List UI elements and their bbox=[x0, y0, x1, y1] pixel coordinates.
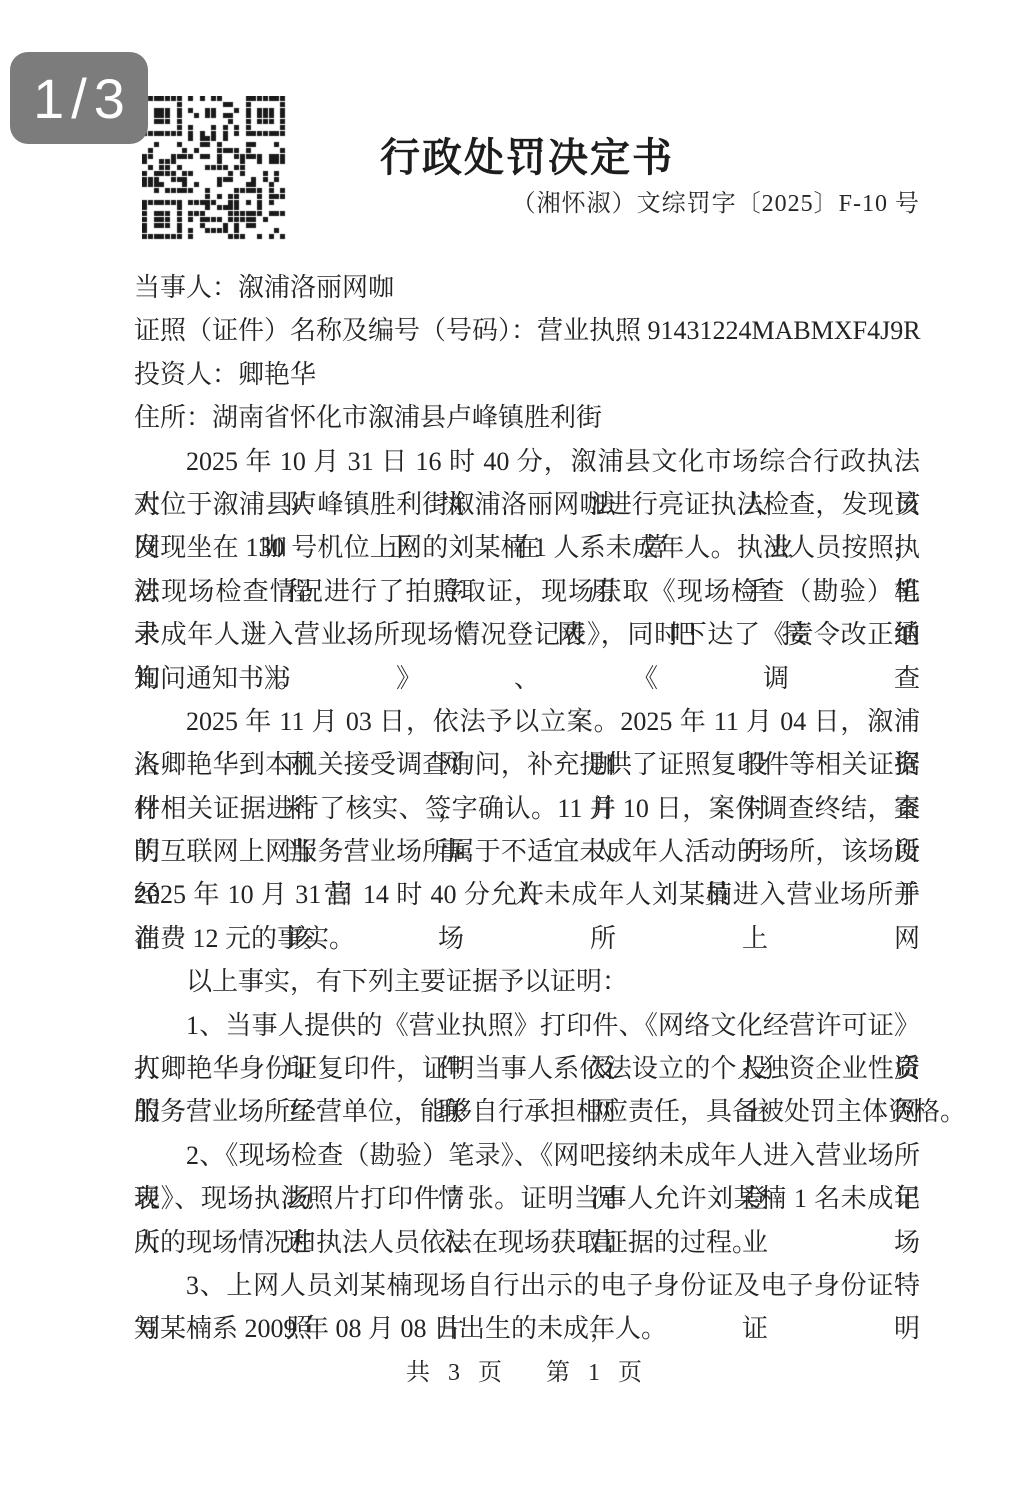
text-line: 对现场检查情况进行了拍照取证，现场获取《现场检查（勘验）笔录》、《网吧接纳 bbox=[134, 570, 920, 613]
text-line: 当事人：溆浦洛丽网咖 bbox=[134, 266, 920, 309]
text-line: 1、当事人提供的《营业执照》打印件、《网络文化经营许可证》打印件及投资 bbox=[134, 1004, 920, 1047]
text-line: 2025 年 10 月 31 日 16 时 40 分，溆浦县文化市场综合行政执法… bbox=[134, 440, 920, 483]
text-line: 2、《现场检查（勘验）笔录》、《网吧接纳未成年人进入营业场所现场情况登记 bbox=[134, 1134, 920, 1177]
text-line: 2025 年 10 月 31 日 14 时 40 分允许未成年人刘某楠进入营业场… bbox=[134, 873, 920, 916]
qr-code-image bbox=[142, 96, 286, 240]
text-line: 人卿艳华身份证复印件，证明当事人系依法设立的个人独资企业性质的互联网上网 bbox=[134, 1047, 920, 1090]
text-line: 发现坐在 130 号机位上网的刘某楠 1 人系未成年人。执法人员按照执法程序用手… bbox=[134, 526, 920, 569]
page-indicator-label: 1/3 bbox=[26, 66, 132, 131]
page-footer: 共 3 页第 1 页 bbox=[134, 1352, 920, 1395]
document-body: 当事人：溆浦洛丽网咖证照（证件）名称及编号（号码）：营业执照 91431224M… bbox=[134, 266, 920, 1351]
text-line: 3、上网人员刘某楠现场自行出示的电子身份证及电子身份证特写照片，证明 bbox=[134, 1264, 920, 1307]
text-line: 服务营业场所经营单位，能够自行承担相应责任，具备被处罚主体资格。 bbox=[134, 1090, 920, 1133]
text-line: 未成年人进入营业场所现场情况登记表》，同时下达了《责令改正通知书》、《调查 bbox=[134, 613, 920, 656]
text-line: 住所：湖南省怀化市溆浦县卢峰镇胜利街 bbox=[134, 396, 920, 439]
footer-current-page: 第 1 页 bbox=[546, 1360, 648, 1386]
page-indicator-badge: 1/3 bbox=[10, 52, 148, 144]
text-line: 2025 年 11 月 03 日，依法予以立案。2025 年 11 月 04 日… bbox=[134, 700, 920, 743]
document-photo-page: 1/3 行政处罚决定书 （湘怀淑）文综罚字〔2025〕F-10 号 当事人：溆浦… bbox=[0, 0, 1031, 1500]
text-line: 的互联网上网服务营业场所属于不适宜未成年人活动的场所，该场所经营人员于 bbox=[134, 830, 920, 873]
text-line: 表》、现场执法照片打印件 7 张。证明当事人允许刘某楠 1 名未成年人进入营业场 bbox=[134, 1177, 920, 1220]
text-line: 投资人：卿艳华 bbox=[134, 353, 920, 396]
footer-total-pages: 共 3 页 bbox=[406, 1360, 508, 1386]
text-line: 以上事实，有下列主要证据予以证明： bbox=[134, 960, 920, 1003]
text-line: 对位于溆浦县卢峰镇胜利街溆浦洛丽网咖进行亮证执法检查，发现该网咖正在营业， bbox=[134, 483, 920, 526]
text-line: 证照（证件）名称及编号（号码）：营业执照 91431224MABMXF4J9R bbox=[134, 309, 920, 352]
text-line: 人卿艳华到本机关接受调查询问，补充提供了证照复印件等相关证据材料，并对案 bbox=[134, 743, 920, 786]
text-line: 件相关证据进行了核实、签字确认。11 月 10 日，案件调查终结，查明当事人开设 bbox=[134, 787, 920, 830]
